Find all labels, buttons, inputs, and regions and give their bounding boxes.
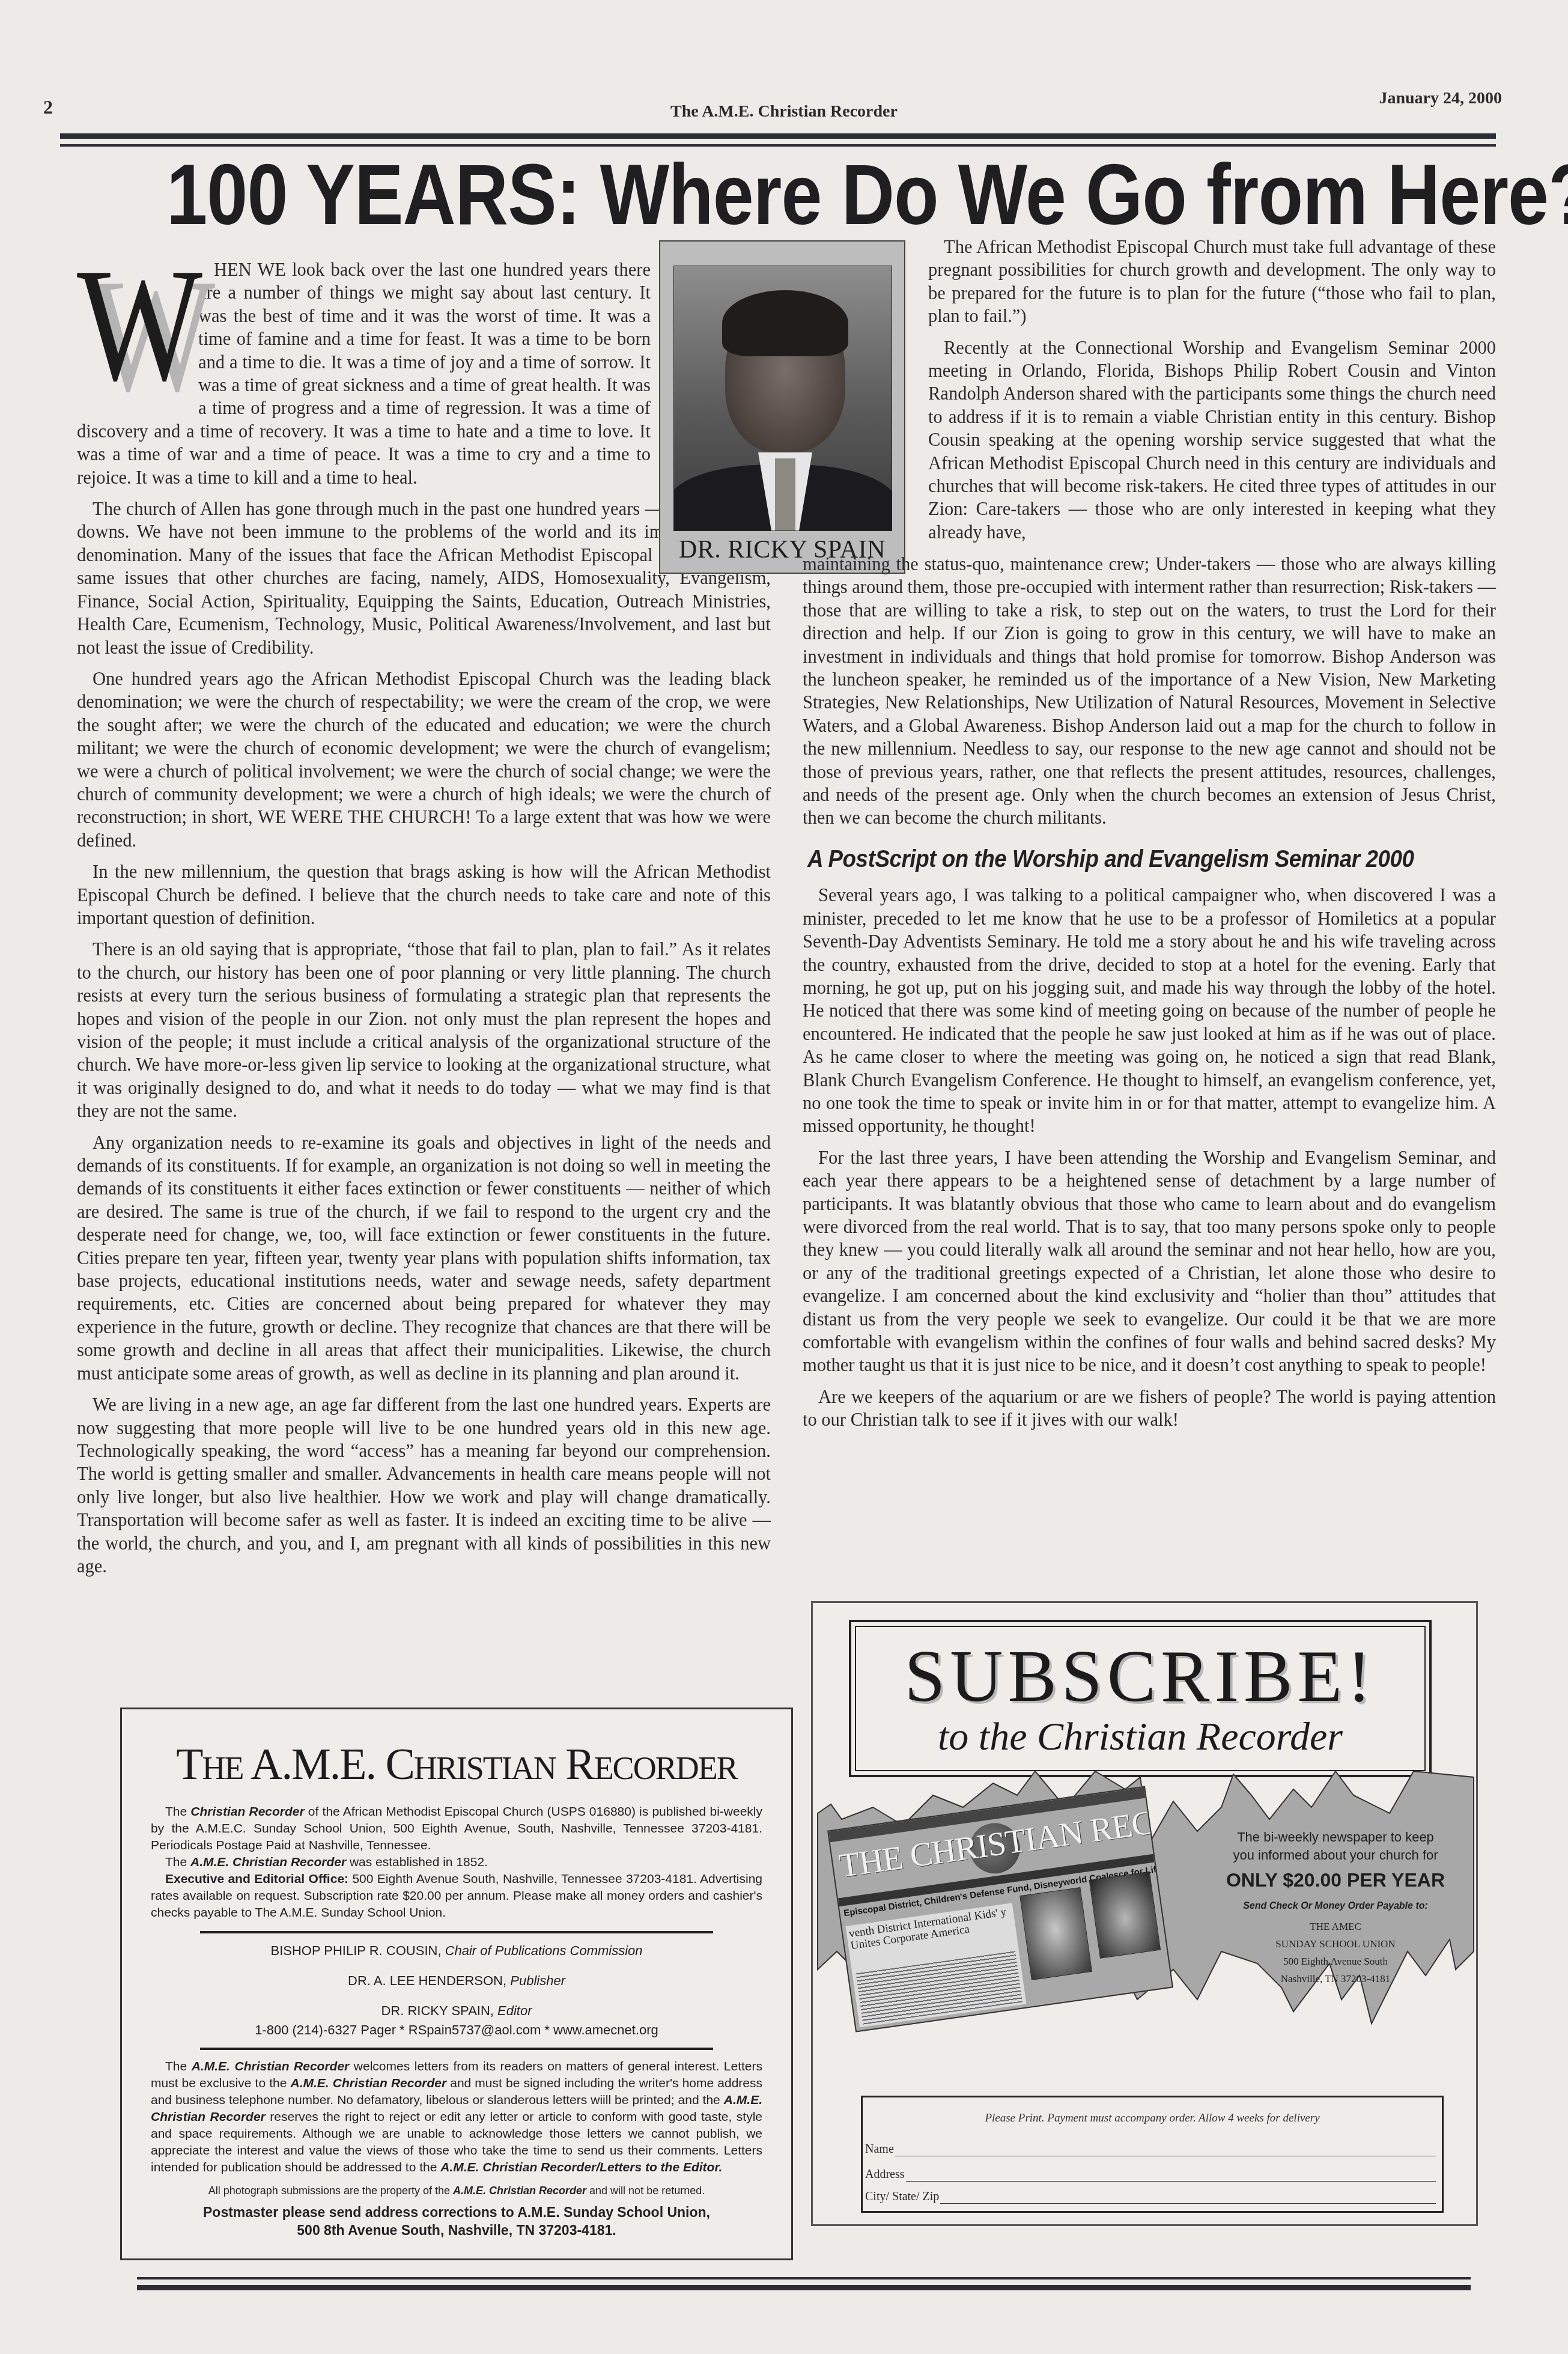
staff-chair: BISHOP PHILIP R. COUSIN, Chair of Public… bbox=[122, 1942, 791, 1960]
staff-editor: DR. RICKY SPAIN, Editor bbox=[122, 2002, 791, 2020]
subscribe-subtitle: to the Christian Recorder bbox=[851, 1716, 1429, 1758]
header-rule-divider bbox=[60, 133, 1496, 147]
staff-publisher: DR. A. LEE HENDERSON, Publisher bbox=[122, 1972, 791, 1990]
masthead-divider bbox=[200, 1931, 713, 1933]
masthead-title: THE A.M.E. CHRISTIAN RECORDER bbox=[122, 1739, 791, 1790]
postscript-paragraph: Several years ago, I was talking to a po… bbox=[803, 884, 1496, 1137]
letters-policy: The A.M.E. Christian Recorder welcomes l… bbox=[151, 2058, 762, 2176]
article-paragraph: There is an old saying that is appropria… bbox=[77, 938, 771, 1122]
subscribe-info: The bi-weekly newspaper to keep you info… bbox=[1209, 1828, 1462, 1988]
article-paragraph: Any organization needs to re-examine its… bbox=[77, 1131, 771, 1385]
issue-date: January 24, 2000 bbox=[1379, 89, 1502, 108]
subscribe-advertisement: SUBSCRIBE! to the Christian Recorder THE… bbox=[811, 1601, 1478, 2226]
drop-cap-letter: W bbox=[77, 262, 166, 412]
running-header-publication: The A.M.E. Christian Recorder bbox=[0, 102, 1568, 121]
city-state-zip-field-line[interactable] bbox=[940, 2191, 1436, 2204]
article-column-right-top: The African Methodist Episcopal Church m… bbox=[928, 236, 1496, 552]
name-field[interactable]: Name bbox=[865, 2143, 1436, 2156]
address-field-line[interactable] bbox=[906, 2169, 1436, 2182]
article-paragraph: In the new millennium, the question that… bbox=[77, 860, 771, 929]
footer-rule-divider bbox=[137, 2277, 1471, 2290]
masthead-info-box: THE A.M.E. CHRISTIAN RECORDER The Christ… bbox=[120, 1708, 793, 2260]
subscribe-title: SUBSCRIBE! bbox=[851, 1638, 1429, 1716]
mailing-address: THE AMEC SUNDAY SCHOOL UNION 500 Eighth … bbox=[1209, 1918, 1462, 1988]
name-field-line[interactable] bbox=[895, 2144, 1436, 2156]
subscribe-title-box: SUBSCRIBE! to the Christian Recorder bbox=[849, 1620, 1432, 1777]
article-paragraph: Recently at the Connectional Worship and… bbox=[928, 336, 1496, 544]
masthead-staff-list: BISHOP PHILIP R. COUSIN, Chair of Public… bbox=[122, 1942, 791, 2039]
article-paragraph: We are living in a new age, an age far d… bbox=[77, 1393, 771, 1578]
author-portrait-image bbox=[673, 266, 892, 531]
article-column-right: maintaining the status-quo, maintenance … bbox=[803, 553, 1496, 1440]
subscription-price: ONLY $20.00 PER YEAR bbox=[1209, 1869, 1462, 1891]
postscript-paragraph: Are we keepers of the aquarium or are we… bbox=[803, 1385, 1496, 1432]
postmaster-notice: Postmaster please send address correctio… bbox=[122, 2203, 791, 2239]
postscript-subhead: A PostScript on the Worship and Evangeli… bbox=[807, 848, 1441, 871]
article-paragraph: The African Methodist Episcopal Church m… bbox=[928, 236, 1496, 328]
city-state-zip-field[interactable]: City/ State/ Zip bbox=[865, 2190, 1436, 2204]
photo-submission-policy: All photograph submissions are the prope… bbox=[151, 2185, 762, 2197]
editor-contact: 1-800 (214)-6327 Pager * RSpain5737@aol.… bbox=[122, 2021, 791, 2039]
postscript-paragraph: For the last three years, I have been at… bbox=[803, 1146, 1496, 1377]
author-photo-frame: DR. RICKY SPAIN bbox=[659, 240, 905, 574]
article-paragraph: maintaining the status-quo, maintenance … bbox=[803, 553, 1496, 830]
article-paragraph: One hundred years ago the African Method… bbox=[77, 668, 771, 852]
address-field[interactable]: Address bbox=[865, 2168, 1436, 2182]
order-form-instructions: Please Print. Payment must accompany ord… bbox=[863, 2112, 1442, 2125]
order-form: Please Print. Payment must accompany ord… bbox=[861, 2096, 1444, 2213]
masthead-divider bbox=[200, 2048, 713, 2050]
masthead-publication-info: The Christian Recorder of the African Me… bbox=[151, 1804, 762, 1921]
article-headline: 100 YEARS: Where Do We Go from Here? bbox=[166, 150, 1401, 240]
